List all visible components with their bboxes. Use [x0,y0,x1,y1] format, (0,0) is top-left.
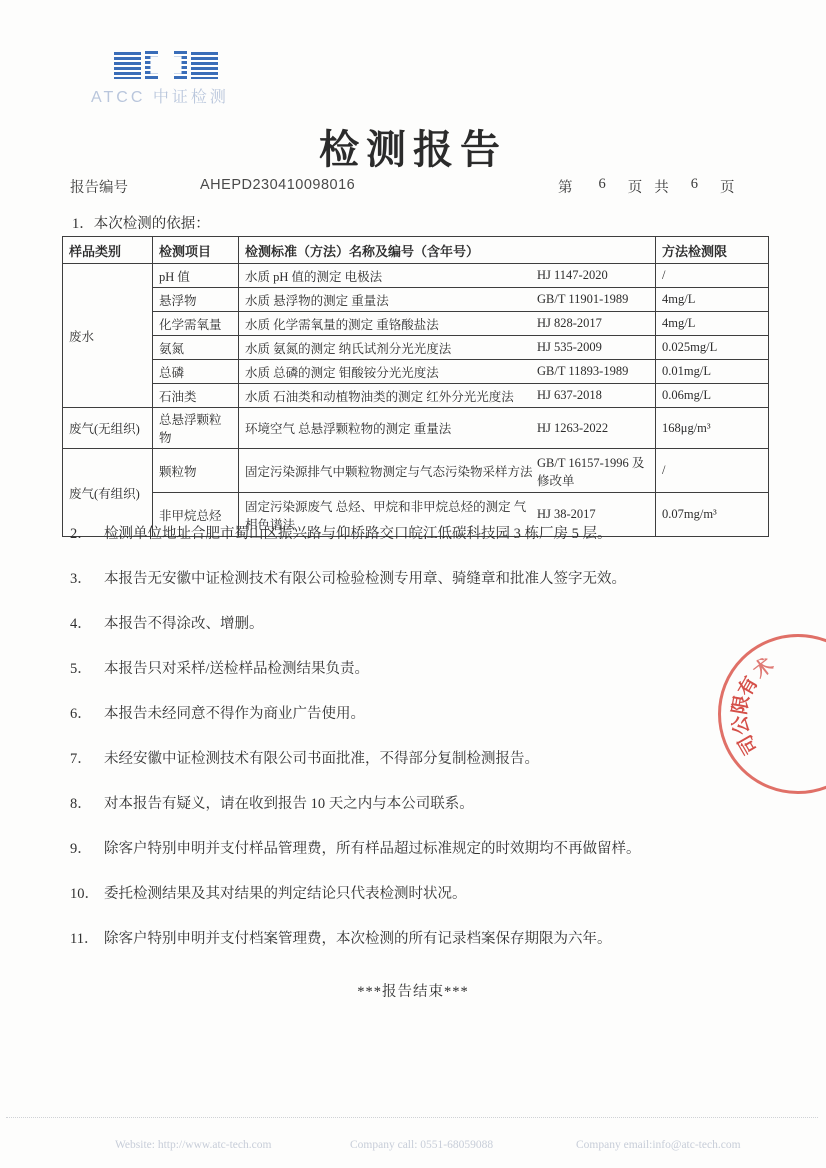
cell-standard-code: HJ 535-2009 [537,340,649,355]
cell-item: 颗粒物 [153,449,239,493]
page-word-di: 第 [558,176,573,197]
footer-email: Company email:info@atc-tech.com [576,1139,741,1151]
cell-item: pH 值 [153,264,239,288]
header-detection-limit: 方法检测限 [656,237,769,264]
note-text: 本报告无安徽中证检测技术有限公司检验检测专用章、骑缝章和批准人签字无效。 [104,569,742,589]
note-text: 本报告不得涂改、增删。 [104,614,742,634]
note-item: 11． 除客户特别申明并支付档案管理费，本次检测的所有记录档案保存期限为六年。 [70,929,742,949]
table-row: 化学需氧量 水质 化学需氧量的测定 重铬酸盐法HJ 828-2017 4mg/L [63,312,769,336]
cell-standard-code: HJ 1263-2022 [537,421,649,436]
cell-limit: / [656,264,769,288]
report-end-marker: ***报告结束*** [0,980,826,1001]
header-test-item: 检测项目 [153,237,239,264]
note-item: 4． 本报告不得涂改、增删。 [70,614,742,634]
cell-item: 总磷 [153,360,239,384]
note-item: 7． 未经安徽中证检测技术有限公司书面批准，不得部分复制检测报告。 [70,749,742,769]
cell-standard-code: HJ 1147-2020 [537,268,649,283]
page-indicator: 第 6 页 共 6 页 [558,176,735,197]
cell-method: 水质 石油类和动植物油类的测定 红外分光光度法 [245,387,537,405]
cell-limit: 0.025mg/L [656,336,769,360]
note-number: 5． [70,659,104,679]
footer-phone: Company call: 0551-68059088 [350,1139,493,1151]
page-total: 6 [691,176,698,197]
note-text: 除客户特别申明并支付档案管理费，本次检测的所有记录档案保存期限为六年。 [104,929,742,949]
cell-item: 化学需氧量 [153,312,239,336]
note-number: 9． [70,839,104,859]
note-item: 10． 委托检测结果及其对结果的判定结论只代表检测时状况。 [70,884,742,904]
logo-bracket-open-icon [145,51,158,80]
note-item: 8． 对本报告有疑义，请在收到报告 10 天之内与本公司联系。 [70,794,742,814]
basis-section-heading: 1．本次检测的依据： [72,212,210,233]
cell-item: 氨氮 [153,336,239,360]
cell-standard-code: HJ 637-2018 [537,388,649,403]
note-item: 6． 本报告未经同意不得作为商业广告使用。 [70,704,742,724]
logo-bracket-close-icon [174,51,187,80]
table-row: 废气(无组织) 总悬浮颗粒物 环境空气 总悬浮颗粒物的测定 重量法HJ 1263… [63,408,769,449]
cell-standard-code: GB/T 11893-1989 [537,364,649,379]
note-number: 3． [70,569,104,589]
cell-limit: / [656,449,769,493]
note-number: 10． [70,884,104,904]
cell-item: 悬浮物 [153,288,239,312]
note-text: 本报告只对采样/送检样品检测结果负责。 [104,659,742,679]
table-row: 废气(有组织) 颗粒物 固定污染源排气中颗粒物测定与气态污染物采样方法GB/T … [63,449,769,493]
note-item: 2． 检测单位地址合肥市蜀山区振兴路与仰桥路交口皖江低碳科技园 3 栋厂房 5 … [70,524,742,544]
cell-limit: 0.01mg/L [656,360,769,384]
note-number: 8． [70,794,104,814]
cell-limit: 4mg/L [656,312,769,336]
cell-standard-code: GB/T 11901-1989 [537,292,649,307]
header-sample-category: 样品类别 [63,237,153,264]
note-number: 11． [70,929,104,949]
note-number: 4． [70,614,104,634]
company-logo-icon [114,50,218,80]
table-header-row: 样品类别 检测项目 检测标准（方法）名称及编号（含年号） 方法检测限 [63,237,769,264]
footer-divider [6,1117,818,1118]
report-number-value: AHEPD230410098016 [200,177,355,193]
standards-table: 样品类别 检测项目 检测标准（方法）名称及编号（含年号） 方法检测限 废水 pH… [62,236,769,537]
report-page: ATCC 中证检测 检测报告 报告编号 AHEPD230410098016 第 … [0,0,826,1168]
note-number: 7． [70,749,104,769]
table-row: 废水 pH 值 水质 pH 值的测定 电极法HJ 1147-2020 / [63,264,769,288]
table-row: 总磷 水质 总磷的测定 钼酸铵分光光度法GB/T 11893-1989 0.01… [63,360,769,384]
page-word-gong: 共 [654,176,669,197]
table-row: 石油类 水质 石油类和动植物油类的测定 红外分光光度法HJ 637-2018 0… [63,384,769,408]
note-text: 委托检测结果及其对结果的判定结论只代表检测时状况。 [104,884,742,904]
cell-method: 水质 pH 值的测定 电极法 [245,267,537,285]
note-number: 6． [70,704,104,724]
footer-website: Website: http://www.atc-tech.com [115,1139,271,1151]
page-word-ye1: 页 [628,176,643,197]
cell-limit: 0.06mg/L [656,384,769,408]
brand-name: ATCC 中证检测 [91,84,229,107]
page-word-ye2: 页 [720,176,735,197]
note-text: 检测单位地址合肥市蜀山区振兴路与仰桥路交口皖江低碳科技园 3 栋厂房 5 层。 [104,524,742,544]
logo-stripe-block-left [114,52,141,79]
note-text: 未经安徽中证检测技术有限公司书面批准，不得部分复制检测报告。 [104,749,742,769]
note-item: 3． 本报告无安徽中证检测技术有限公司检验检测专用章、骑缝章和批准人签字无效。 [70,569,742,589]
cell-limit: 168μg/m³ [656,408,769,449]
cell-limit: 4mg/L [656,288,769,312]
category-gas-unorganized: 废气(无组织) [63,408,153,449]
page-title: 检测报告 [0,118,826,175]
seal-char: 术 [749,654,780,685]
note-text: 除客户特别申明并支付样品管理费，所有样品超过标准规定的时效期均不再做留样。 [104,839,742,859]
note-item: 5． 本报告只对采样/送检样品检测结果负责。 [70,659,742,679]
logo-stripe-block-right [191,52,218,79]
note-text: 本报告未经同意不得作为商业广告使用。 [104,704,742,724]
report-notes: 2． 检测单位地址合肥市蜀山区振兴路与仰桥路交口皖江低碳科技园 3 栋厂房 5 … [70,524,742,974]
note-item: 9． 除客户特别申明并支付样品管理费，所有样品超过标准规定的时效期均不再做留样。 [70,839,742,859]
category-wastewater: 废水 [63,264,153,408]
cell-method: 水质 悬浮物的测定 重量法 [245,291,537,309]
table-row: 氨氮 水质 氨氮的测定 纳氏试剂分光光度法HJ 535-2009 0.025mg… [63,336,769,360]
cell-method: 水质 化学需氧量的测定 重铬酸盐法 [245,315,537,333]
cell-item: 石油类 [153,384,239,408]
report-meta-row: 报告编号 AHEPD230410098016 第 6 页 共 6 页 [0,176,826,198]
cell-method: 水质 总磷的测定 钼酸铵分光光度法 [245,363,537,381]
cell-standard-code: GB/T 16157-1996 及修改单 [537,453,649,489]
cell-method: 水质 氨氮的测定 纳氏试剂分光光度法 [245,339,537,357]
table-row: 悬浮物 水质 悬浮物的测定 重量法GB/T 11901-1989 4mg/L [63,288,769,312]
note-number: 2． [70,524,104,544]
page-current: 6 [599,176,606,197]
cell-method: 固定污染源排气中颗粒物测定与气态污染物采样方法 [245,462,537,480]
header-standard: 检测标准（方法）名称及编号（含年号） [239,237,656,264]
cell-standard-code: HJ 38-2017 [537,507,649,522]
cell-item: 总悬浮颗粒物 [153,408,239,449]
cell-standard-code: HJ 828-2017 [537,316,649,331]
note-text: 对本报告有疑义，请在收到报告 10 天之内与本公司联系。 [104,794,742,814]
cell-method: 环境空气 总悬浮颗粒物的测定 重量法 [245,419,537,437]
report-number-label: 报告编号 [70,176,128,197]
